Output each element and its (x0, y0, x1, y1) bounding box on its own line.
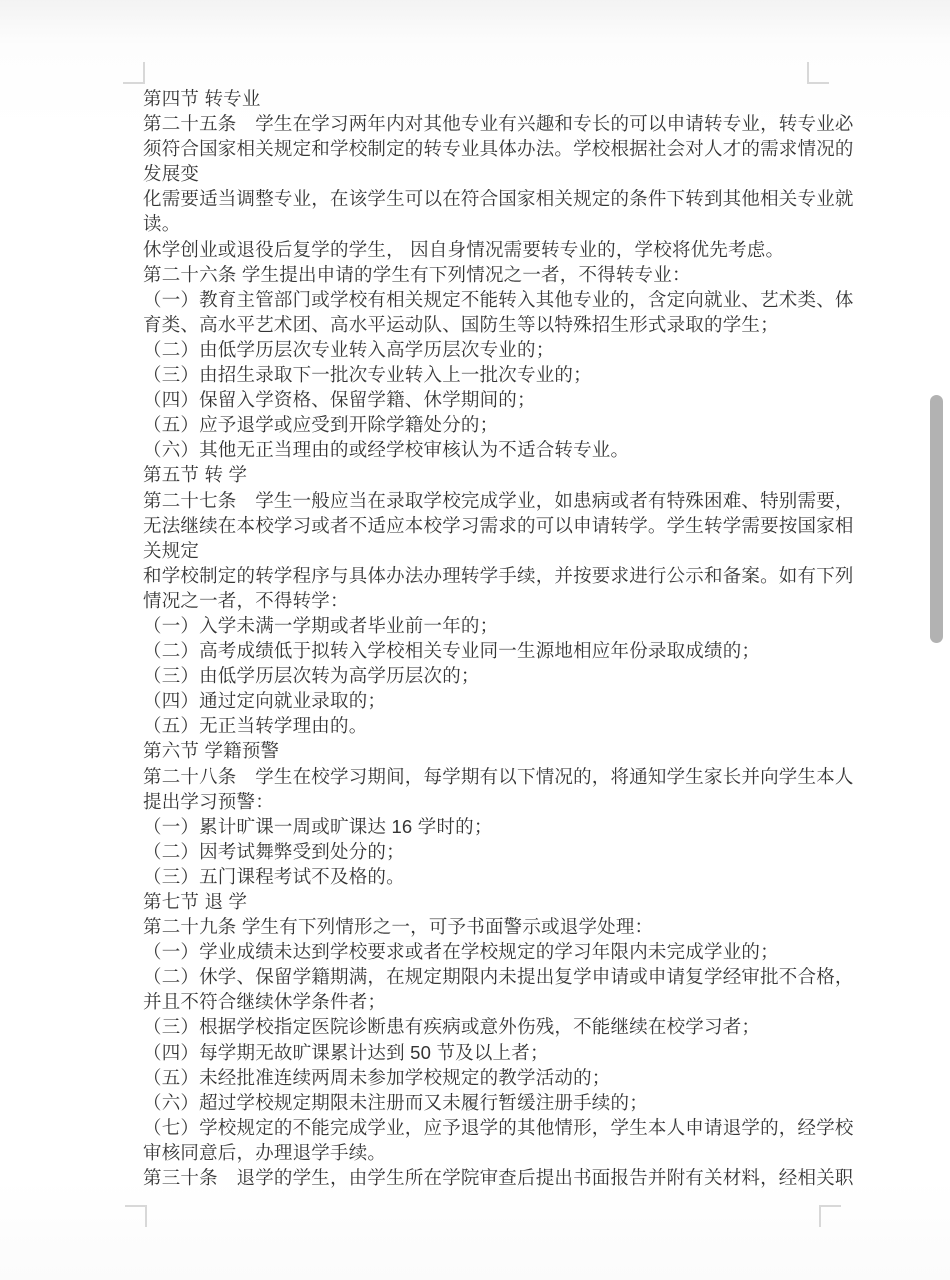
text-line: （一）教育主管部门或学校有相关规定不能转入其他专业的，含定向就业、艺术类、体 (143, 287, 863, 312)
text-line: 休学创业或退役后复学的学生， 因自身情况需要转专业的，学校将优先考虑。 (143, 237, 863, 262)
text-line: （五）未经批准连续两周未参加学校规定的教学活动的； (143, 1065, 863, 1090)
text-line: （一）累计旷课一周或旷课达 16 学时的； (143, 814, 863, 839)
text-line: （一）学业成绩未达到学校要求或者在学校规定的学习年限内未完成学业的； (143, 939, 863, 964)
text-line: 提出学习预警： (143, 789, 863, 814)
document-text: 第四节 转专业第二十五条 学生在学习两年内对其他专业有兴趣和专长的可以申请转专业… (143, 86, 863, 1190)
text-line: （四）通过定向就业录取的； (143, 688, 863, 713)
text-line: （五）应予退学或应受到开除学籍处分的； (143, 412, 863, 437)
text-line: 第四节 转专业 (143, 86, 863, 111)
margin-mark-top-right-icon (807, 62, 829, 84)
text-line: 第二十六条 学生提出申请的学生有下列情况之一者，不得转专业： (143, 262, 863, 287)
margin-mark-top-left-icon (123, 62, 145, 84)
text-line: 审核同意后，办理退学手续。 (143, 1140, 863, 1165)
text-line: 发展变 (143, 161, 863, 186)
scrollbar-thumb[interactable] (930, 395, 943, 643)
text-line: 第七节 退 学 (143, 889, 863, 914)
text-line: （一）入学未满一学期或者毕业前一年的； (143, 613, 863, 638)
text-line: （六）超过学校规定期限未注册而又未履行暂缓注册手续的； (143, 1090, 863, 1115)
text-line: 第二十九条 学生有下列情形之一，可予书面警示或退学处理： (143, 914, 863, 939)
margin-mark-bottom-right-icon (819, 1205, 841, 1227)
text-line: （四）保留入学资格、保留学籍、休学期间的； (143, 387, 863, 412)
text-line: 育类、高水平艺术团、高水平运动队、国防生等以特殊招生形式录取的学生； (143, 312, 863, 337)
text-line: 化需要适当调整专业，在该学生可以在符合国家相关规定的条件下转到其他相关专业就 (143, 186, 863, 211)
text-line: 第六节 学籍预警 (143, 738, 863, 763)
text-line: （六）其他无正当理由的或经学校审核认为不适合转专业。 (143, 437, 863, 462)
text-line: 第二十五条 学生在学习两年内对其他专业有兴趣和专长的可以申请转专业，转专业必 (143, 111, 863, 136)
text-line: （二）由低学历层次专业转入高学历层次专业的； (143, 337, 863, 362)
document-page: 第四节 转专业第二十五条 学生在学习两年内对其他专业有兴趣和专长的可以申请转专业… (0, 0, 950, 1280)
text-line: （三）由低学历层次转为高学历层次的； (143, 663, 863, 688)
text-line: 关规定 (143, 538, 863, 563)
text-line: （七）学校规定的不能完成学业，应予退学的其他情形，学生本人申请退学的，经学校 (143, 1115, 863, 1140)
text-line: 第五节 转 学 (143, 462, 863, 487)
text-line: （四）每学期无故旷课累计达到 50 节及以上者； (143, 1040, 863, 1065)
text-line: 无法继续在本校学习或者不适应本校学习需求的可以申请转学。学生转学需要按国家相 (143, 513, 863, 538)
text-line: 第二十七条 学生一般应当在录取学校完成学业，如患病或者有特殊困难、特别需要， (143, 488, 863, 513)
text-line: （五）无正当转学理由的。 (143, 713, 863, 738)
text-line: 并且不符合继续休学条件者； (143, 989, 863, 1014)
document-viewer: 第四节 转专业第二十五条 学生在学习两年内对其他专业有兴趣和专长的可以申请转专业… (0, 0, 950, 1280)
text-line: 读。 (143, 211, 863, 236)
text-line: （二）高考成绩低于拟转入学校相关专业同一生源地相应年份录取成绩的； (143, 638, 863, 663)
text-line: （三）由招生录取下一批次专业转入上一批次专业的； (143, 362, 863, 387)
text-line: 和学校制定的转学程序与具体办法办理转学手续，并按要求进行公示和备案。如有下列 (143, 563, 863, 588)
text-line: （二）因考试舞弊受到处分的； (143, 839, 863, 864)
text-line: 第三十条 退学的学生，由学生所在学院审查后提出书面报告并附有关材料，经相关职 (143, 1165, 863, 1190)
text-line: （二）休学、保留学籍期满，在规定期限内未提出复学申请或申请复学经审批不合格， (143, 964, 863, 989)
text-line: （三）根据学校指定医院诊断患有疾病或意外伤残，不能继续在校学习者； (143, 1014, 863, 1039)
text-line: （三）五门课程考试不及格的。 (143, 864, 863, 889)
margin-mark-bottom-left-icon (125, 1205, 147, 1227)
text-line: 情况之一者，不得转学： (143, 588, 863, 613)
text-line: 须符合国家相关规定和学校制定的转专业具体办法。学校根据社会对人才的需求情况的 (143, 136, 863, 161)
text-line: 第二十八条 学生在校学习期间，每学期有以下情况的，将通知学生家长并向学生本人 (143, 764, 863, 789)
